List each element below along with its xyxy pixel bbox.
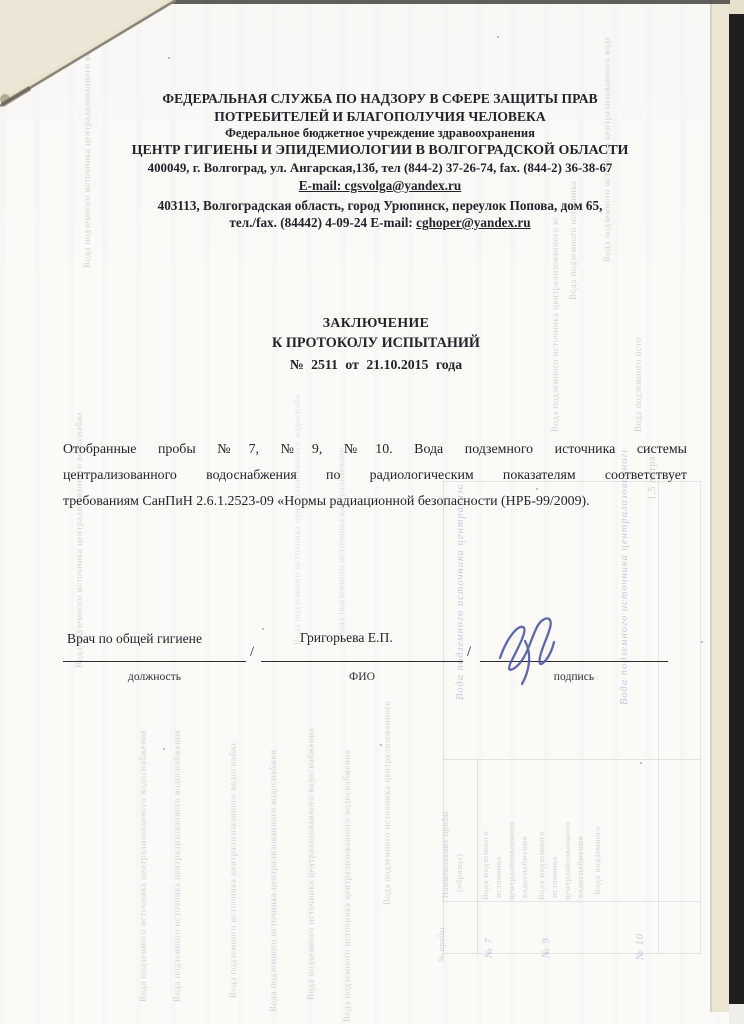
bleedthrough-text: Вода подземного источника централизованн… xyxy=(340,692,354,1022)
bleedthrough-text: Вода подземного источника централизованн… xyxy=(304,700,318,1000)
branch-phone: тел./fax. (84442) 4-09-24 E-mail: xyxy=(229,215,416,230)
bleedthrough-table-line xyxy=(443,953,701,954)
bleedthrough-text: № пробы xyxy=(435,912,449,962)
signer-position: Врач по общей гигиене xyxy=(67,631,202,647)
scan-speckle xyxy=(168,57,170,59)
bleedthrough-table-line xyxy=(700,482,701,954)
bleedthrough-table-line xyxy=(443,482,444,954)
page-edge-strip xyxy=(712,0,730,1012)
bleedthrough-table-line xyxy=(443,481,701,482)
scan-speckle xyxy=(497,36,499,38)
scan-top-edge xyxy=(172,0,730,4)
document-title: ЗАКЛЮЧЕНИЕ К ПРОТОКОЛУ ИСПЫТАНИЙ № 2511 … xyxy=(60,312,692,375)
bleedthrough-table-line xyxy=(443,901,701,902)
institution-type: Федеральное бюджетное учреждение здравоо… xyxy=(64,125,696,142)
slash-separator: / xyxy=(250,644,254,661)
folded-corner xyxy=(0,0,190,125)
email-main: E-mail: cgsvolga@yandex.ru xyxy=(64,177,696,195)
bleedthrough-text: источника xyxy=(547,798,561,898)
scan-speckle xyxy=(701,641,703,643)
bleedthrough-text: Вода подземного xyxy=(590,767,604,895)
scan-edge-top-cap xyxy=(729,0,744,14)
email-branch: cghoper@yandex.ru xyxy=(416,215,530,230)
bleedthrough-text: (образца) xyxy=(452,796,466,892)
branch-contact-line: тел./fax. (84442) 4-09-24 E-mail: cghope… xyxy=(64,214,696,232)
scan-dark-band xyxy=(729,14,744,1004)
label-fio: ФИО xyxy=(261,670,463,683)
bleedthrough-text: Вода подземного xyxy=(534,780,548,900)
bleedthrough-table-line xyxy=(477,760,478,954)
label-position: должность xyxy=(63,670,246,683)
scan-speckle xyxy=(536,488,538,490)
signature-line-name xyxy=(261,661,463,662)
bleedthrough-text: водоснабжения xyxy=(573,786,587,898)
scan-edge-bottom-cap xyxy=(729,1004,744,1024)
handwritten-signature xyxy=(486,606,582,696)
title-number-date: № 2511 от 21.10.2015 года xyxy=(60,354,692,375)
bleedthrough-text: Вода подземного xyxy=(478,780,492,900)
bleedthrough-text: Вода подземного источника централизованн… xyxy=(266,750,280,1012)
bleedthrough-text: Вода подземного источника централизованн… xyxy=(380,700,394,905)
scan-speckle xyxy=(262,628,264,630)
scan-speckle xyxy=(163,748,165,750)
bleedthrough-text: Вода подземного источника централизованн… xyxy=(290,395,304,645)
scanned-document-page: Вода подземного источника централизованн… xyxy=(0,0,744,1024)
institution-name: ЦЕНТР ГИГИЕНЫ И ЭПИДЕМИОЛОГИИ В ВОЛГОГРА… xyxy=(64,142,696,160)
scan-speckle xyxy=(380,744,382,746)
bleedthrough-text: источника xyxy=(491,798,505,898)
conclusion-line: Отобранные пробы №7, №9, №10. Вода подзе… xyxy=(63,437,687,463)
scan-speckle xyxy=(640,762,642,764)
address-line: 400049, г. Волгоград, ул. Ангарская,13б,… xyxy=(64,160,696,178)
bleedthrough-table-line xyxy=(658,482,659,954)
bleedthrough-text: Вода подземного источника централизованн… xyxy=(454,485,468,700)
bleedthrough-text: Вода подземного источника централизованн… xyxy=(170,717,184,1002)
branch-address-line: 403113, Волгоградская область, город Урю… xyxy=(64,197,696,215)
bleedthrough-text: централизованного xyxy=(560,770,574,900)
conclusion-paragraph: Отобранные пробы №7, №9, №10. Вода подзе… xyxy=(63,437,687,514)
bleedthrough-text: водоснабжения xyxy=(517,786,531,898)
title-subheading: К ПРОТОКОЛУ ИСПЫТАНИЙ xyxy=(60,333,692,354)
bleedthrough-text: Наименование пробы xyxy=(438,758,452,898)
slash-separator: / xyxy=(467,644,471,661)
bleedthrough-text: централизованного xyxy=(504,770,518,900)
signature-line-position xyxy=(63,661,246,662)
conclusion-line: централизованного водоснабжения по радио… xyxy=(63,463,687,489)
title-heading: ЗАКЛЮЧЕНИЕ xyxy=(60,312,692,333)
bleedthrough-text: Вода подземного источника централизованн… xyxy=(136,702,150,1002)
signer-name: Григорьева Е.П. xyxy=(300,630,393,646)
bleedthrough-text: Вода подземного источника централизованн… xyxy=(226,743,240,998)
bleedthrough-table-line xyxy=(443,759,701,760)
conclusion-line: требованиям СанПиН 2.6.1.2523-09 «Нормы … xyxy=(63,489,687,515)
